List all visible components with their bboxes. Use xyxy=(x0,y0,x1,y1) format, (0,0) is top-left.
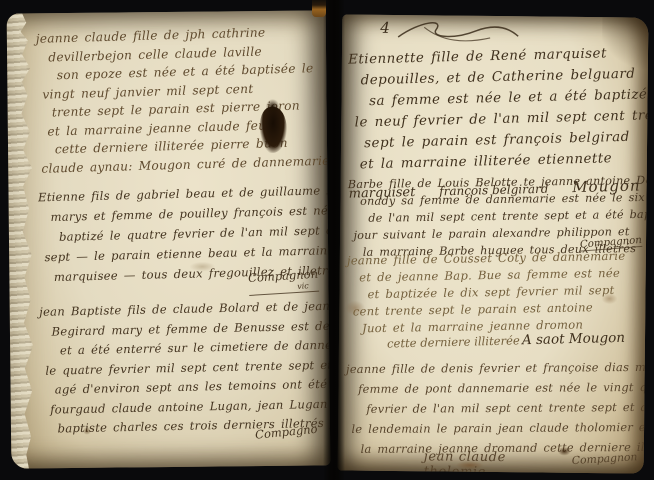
signature: Mougon xyxy=(572,176,641,196)
scanned-register-spread: jeanne claude fille de jph cathrinedevil… xyxy=(0,0,654,480)
entry-tail: jean claude tholomie xyxy=(424,449,573,473)
right-page: 4 Etiennette fille de René marquisetdepo… xyxy=(338,14,649,473)
manuscript-line: le lendemain le parain jean claude tholo… xyxy=(351,417,640,439)
manuscript-line: jeanne fille de denis fevrier et françoi… xyxy=(346,357,640,379)
binding-gutter-shadow xyxy=(323,0,345,480)
signature: françois belgirard xyxy=(439,182,549,199)
register-entry: jeanne fille de Cousset Coty de dannemar… xyxy=(347,247,642,337)
page-number-flourish xyxy=(394,17,522,48)
paper-stain xyxy=(601,293,617,304)
paper-stain xyxy=(345,300,365,315)
signature: Compagnon xyxy=(572,450,638,467)
binding-headband xyxy=(312,0,326,17)
manuscript-line: femme de pont dannemarie est née le ving… xyxy=(358,377,640,399)
page-number: 4 xyxy=(380,19,390,37)
ink-blot xyxy=(266,99,280,115)
page-number-block: 4 xyxy=(380,17,522,48)
paper-stain xyxy=(83,427,91,435)
manuscript-line: fevrier de l'an mil sept cent trente sep… xyxy=(366,397,640,419)
register-entry: jeanne fille de denis fevrier et françoi… xyxy=(346,357,641,459)
signature-row: jean claude tholomie Compagnon xyxy=(346,448,638,473)
register-entry: jeanne claude fille de jph cathrinedevil… xyxy=(36,22,325,178)
register-entry: jean Baptiste fils de claude Bolard et d… xyxy=(39,297,327,439)
signature: Compagnon vic xyxy=(248,267,319,296)
register-entry: Etiennette fille de René marquisetdepoui… xyxy=(348,42,645,175)
entry-tail: marquiset xyxy=(348,185,415,202)
entry-tail: cette derniere illiterée xyxy=(387,333,520,350)
left-page: jeanne claude fille de jph cathrinedevil… xyxy=(7,10,331,468)
deckle-edge xyxy=(7,13,37,468)
signature: A saot Mougon xyxy=(522,329,639,348)
